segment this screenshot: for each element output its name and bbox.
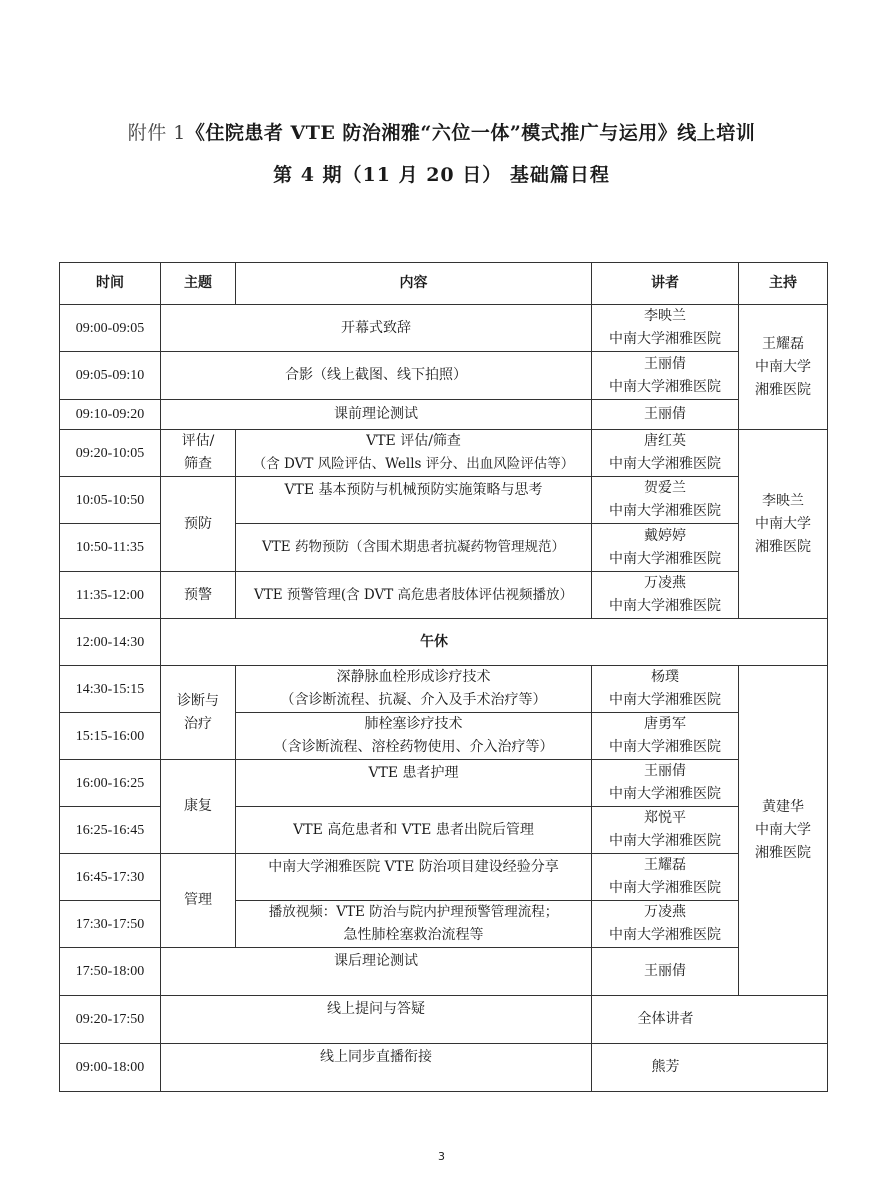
time-cell: 09:20-10:05 [60, 430, 161, 477]
time-cell: 11:35-12:00 [60, 572, 161, 619]
table-row: 09:00-09:05 开幕式致辞 李映兰中南大学湘雅医院 王耀磊中南大学湘雅医… [60, 305, 828, 352]
header-row: 时间 主题 内容 讲者 主持 [60, 263, 828, 305]
speaker-cell: 杨璞中南大学湘雅医院 [592, 666, 739, 713]
time-cell: 09:00-18:00 [60, 1044, 161, 1092]
table-row: 11:35-12:00 预警 VTE 预警管理(含 DVT 高危患者肢体评估视频… [60, 572, 828, 619]
topic-cell: 康复 [161, 760, 236, 854]
content-cell: VTE 评估/筛查（含 DVT 风险评估、Wells 评分、出血风险评估等） [236, 430, 592, 477]
speaker-cell: 万凌燕中南大学湘雅医院 [592, 901, 739, 948]
time-cell: 09:00-09:05 [60, 305, 161, 352]
time-cell: 10:50-11:35 [60, 524, 161, 572]
page-number: 3 [0, 1150, 883, 1163]
time-cell: 14:30-15:15 [60, 666, 161, 713]
topic-cell: 预警 [161, 572, 236, 619]
content-cell: 课后理论测试 [161, 948, 592, 996]
lunch-break-cell: 午休 [161, 619, 828, 666]
table-row: 16:45-17:30 管理 中南大学湘雅医院 VTE 防治项目建设经验分享 王… [60, 854, 828, 901]
time-cell: 09:10-09:20 [60, 400, 161, 430]
table-row: 09:20-10:05 评估/筛查 VTE 评估/筛查（含 DVT 风险评估、W… [60, 430, 828, 477]
content-cell: VTE 患者护理 [236, 760, 592, 807]
time-cell: 17:50-18:00 [60, 948, 161, 996]
speaker-cell: 全体讲者 [592, 996, 828, 1044]
host-cell: 王耀磊中南大学湘雅医院 [739, 305, 828, 430]
content-cell: VTE 药物预防（含围术期患者抗凝药物管理规范） [236, 524, 592, 572]
content-cell: 课前理论测试 [161, 400, 592, 430]
time-cell: 16:45-17:30 [60, 854, 161, 901]
speaker-cell: 万凌燕中南大学湘雅医院 [592, 572, 739, 619]
table-row: 09:10-09:20 课前理论测试 王丽倩 [60, 400, 828, 430]
content-cell: 中南大学湘雅医院 VTE 防治项目建设经验分享 [236, 854, 592, 901]
speaker-cell: 王丽倩中南大学湘雅医院 [592, 760, 739, 807]
header-topic: 主题 [161, 263, 236, 305]
content-cell: VTE 高危患者和 VTE 患者出院后管理 [236, 807, 592, 854]
speaker-cell: 戴婷婷中南大学湘雅医院 [592, 524, 739, 572]
content-cell: 深静脉血栓形成诊疗技术（含诊断流程、抗凝、介入及手术治疗等） [236, 666, 592, 713]
document-subtitle: 第 4 期（11 月 20 日） 基础篇日程 [0, 160, 883, 187]
header-host: 主持 [739, 263, 828, 305]
speaker-cell: 王耀磊中南大学湘雅医院 [592, 854, 739, 901]
schedule-table: 时间 主题 内容 讲者 主持 09:00-09:05 开幕式致辞 李映兰中南大学… [59, 262, 828, 1092]
table-row: 16:00-16:25 康复 VTE 患者护理 王丽倩中南大学湘雅医院 [60, 760, 828, 807]
topic-cell: 诊断与治疗 [161, 666, 236, 760]
content-cell: 线上提问与答疑 [161, 996, 592, 1044]
speaker-cell: 熊芳 [592, 1044, 828, 1092]
time-cell: 12:00-14:30 [60, 619, 161, 666]
speaker-cell: 郑悦平中南大学湘雅医院 [592, 807, 739, 854]
topic-cell: 管理 [161, 854, 236, 948]
time-cell: 15:15-16:00 [60, 713, 161, 760]
speaker-cell: 王丽倩中南大学湘雅医院 [592, 352, 739, 400]
attachment-label: 附件 1 [128, 122, 186, 144]
time-cell: 10:05-10:50 [60, 477, 161, 524]
speaker-cell: 唐红英中南大学湘雅医院 [592, 430, 739, 477]
speaker-cell: 王丽倩 [592, 400, 739, 430]
speaker-cell: 李映兰中南大学湘雅医院 [592, 305, 739, 352]
host-cell: 黄建华中南大学湘雅医院 [739, 666, 828, 996]
table-row: 09:20-17:50 线上提问与答疑 全体讲者 [60, 996, 828, 1044]
lunch-row: 12:00-14:30 午休 [60, 619, 828, 666]
time-cell: 16:25-16:45 [60, 807, 161, 854]
time-cell: 09:05-09:10 [60, 352, 161, 400]
content-cell: 开幕式致辞 [161, 305, 592, 352]
table-row: 09:00-18:00 线上同步直播衔接 熊芳 [60, 1044, 828, 1092]
topic-cell: 预防 [161, 477, 236, 572]
header-speaker: 讲者 [592, 263, 739, 305]
time-cell: 17:30-17:50 [60, 901, 161, 948]
document-title: 附件 1《住院患者 VTE 防治湘雅“六位一体”模式推广与运用》线上培训 [0, 118, 883, 145]
time-cell: 16:00-16:25 [60, 760, 161, 807]
speaker-cell: 王丽倩 [592, 948, 739, 996]
content-cell: 合影（线上截图、线下拍照） [161, 352, 592, 400]
topic-cell: 评估/筛查 [161, 430, 236, 477]
speaker-cell: 贺爱兰中南大学湘雅医院 [592, 477, 739, 524]
table-row: 10:05-10:50 预防 VTE 基本预防与机械预防实施策略与思考 贺爱兰中… [60, 477, 828, 524]
table-row: 14:30-15:15 诊断与治疗 深静脉血栓形成诊疗技术（含诊断流程、抗凝、介… [60, 666, 828, 713]
content-cell: 线上同步直播衔接 [161, 1044, 592, 1092]
header-time: 时间 [60, 263, 161, 305]
table-row: 09:05-09:10 合影（线上截图、线下拍照） 王丽倩中南大学湘雅医院 [60, 352, 828, 400]
time-cell: 09:20-17:50 [60, 996, 161, 1044]
content-cell: 播放视频：VTE 防治与院内护理预警管理流程；急性肺栓塞救治流程等 [236, 901, 592, 948]
host-cell: 李映兰中南大学湘雅医院 [739, 430, 828, 619]
content-cell: VTE 预警管理(含 DVT 高危患者肢体评估视频播放） [236, 572, 592, 619]
table-row: 17:50-18:00 课后理论测试 王丽倩 [60, 948, 828, 996]
content-cell: VTE 基本预防与机械预防实施策略与思考 [236, 477, 592, 524]
training-title: 《住院患者 VTE 防治湘雅“六位一体”模式推广与运用》线上培训 [186, 122, 755, 144]
header-content: 内容 [236, 263, 592, 305]
content-cell: 肺栓塞诊疗技术（含诊断流程、溶栓药物使用、介入治疗等） [236, 713, 592, 760]
speaker-cell: 唐勇军中南大学湘雅医院 [592, 713, 739, 760]
